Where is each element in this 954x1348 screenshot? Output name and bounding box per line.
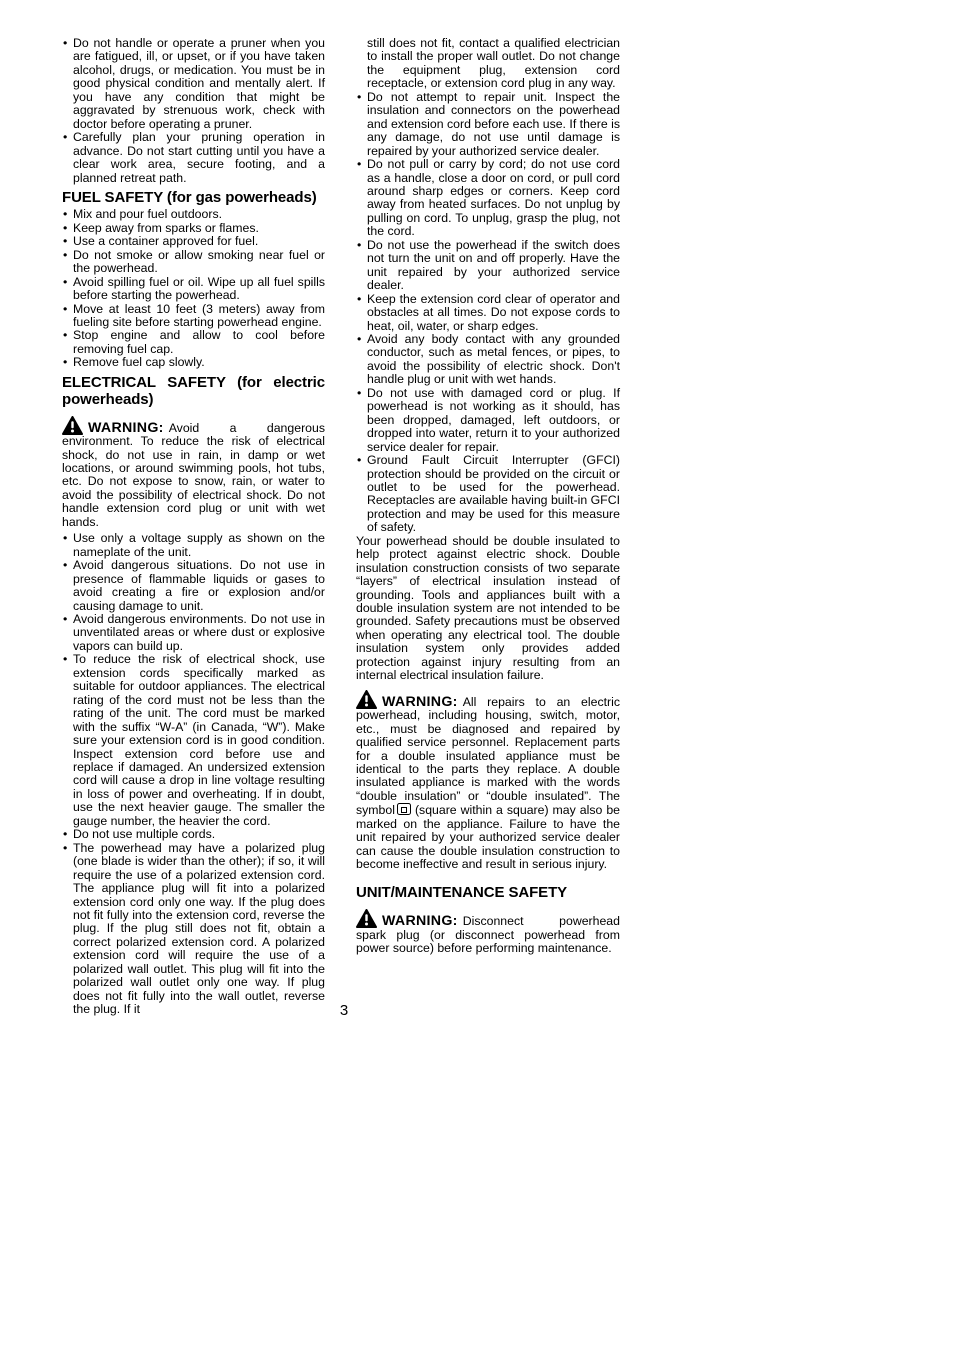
list-item: The powerhead may have a polarized plug … xyxy=(62,842,325,1017)
warning-text: Avoid a dangerous environment. To reduce… xyxy=(62,421,325,529)
electrical-warning-paragraph: WARNING:Avoid a dangerous environment. T… xyxy=(62,416,325,530)
unit-maintenance-safety-heading: UNIT/MAINTENANCE SAFETY xyxy=(356,884,620,901)
warning-triangle-icon xyxy=(62,421,83,435)
fuel-safety-heading: FUEL SAFETY (for gas powerheads) xyxy=(62,189,325,206)
double-insulation-symbol-icon xyxy=(397,803,411,815)
list-item: Ground Fault Circuit Interrupter (GFCI) … xyxy=(356,454,620,535)
general-safety-bullet-list: Do not handle or operate a pruner when y… xyxy=(62,37,325,185)
list-item: Carefully plan your pruning operation in… xyxy=(62,131,325,185)
maintenance-warning-paragraph: WARNING:Disconnect powerhead spark plug … xyxy=(356,909,620,955)
list-item: Keep away from sparks or flames. xyxy=(62,222,325,235)
list-item: Do not use the powerhead if the switch d… xyxy=(356,239,620,293)
continued-paragraph: still does not fit, contact a qualified … xyxy=(356,37,620,91)
list-item: Do not pull or carry by cord; do not use… xyxy=(356,158,620,239)
warning-text: All repairs to an electric powerhead, in… xyxy=(356,695,620,818)
list-item: Avoid any body contact with any grounded… xyxy=(356,333,620,387)
list-item: Mix and pour fuel outdoors. xyxy=(62,208,325,221)
list-item: Do not smoke or allow smoking near fuel … xyxy=(62,249,325,276)
list-item: Use only a voltage supply as shown on th… xyxy=(62,532,325,559)
manual-page: Do not handle or operate a pruner when y… xyxy=(0,0,954,1348)
warning-triangle-icon xyxy=(356,914,377,928)
repairs-warning-paragraph: WARNING:All repairs to an electric power… xyxy=(356,690,620,872)
electrical-safety-heading: ELECTRICAL SAFETY (for electric powerhea… xyxy=(62,374,325,409)
warning-triangle-icon xyxy=(356,695,377,709)
fuel-safety-bullet-list: Mix and pour fuel outdoors. Keep away fr… xyxy=(62,208,325,369)
right-column: still does not fit, contact a qualified … xyxy=(356,37,620,958)
list-item: Remove fuel cap slowly. xyxy=(62,356,325,369)
list-item: Avoid spilling fuel or oil. Wipe up all … xyxy=(62,276,325,303)
list-item: Do not use with damaged cord or plug. If… xyxy=(356,387,620,454)
warning-text: (square within a square) may also be mar… xyxy=(356,803,620,871)
list-item: Do not attempt to repair unit. Inspect t… xyxy=(356,91,620,158)
list-item: Avoid dangerous environments. Do not use… xyxy=(62,613,325,653)
list-item: Stop engine and allow to cool before rem… xyxy=(62,329,325,356)
list-item: Do not use multiple cords. xyxy=(62,828,325,841)
page-number: 3 xyxy=(332,1003,356,1018)
list-item: Keep the extension cord clear of operato… xyxy=(356,293,620,333)
electrical-safety-bullet-list: Use only a voltage supply as shown on th… xyxy=(62,532,325,1016)
electrical-safety-bullet-list-continued: Do not attempt to repair unit. Inspect t… xyxy=(356,91,620,535)
list-item: Do not handle or operate a pruner when y… xyxy=(62,37,325,131)
left-column: Do not handle or operate a pruner when y… xyxy=(62,37,325,1017)
double-insulation-paragraph: Your powerhead should be double insulate… xyxy=(356,535,620,683)
list-item: Avoid dangerous situations. Do not use i… xyxy=(62,559,325,613)
list-item: To reduce the risk of electrical shock, … xyxy=(62,653,325,828)
list-item: Use a container approved for fuel. xyxy=(62,235,325,248)
list-item: Move at least 10 feet (3 meters) away fr… xyxy=(62,303,325,330)
